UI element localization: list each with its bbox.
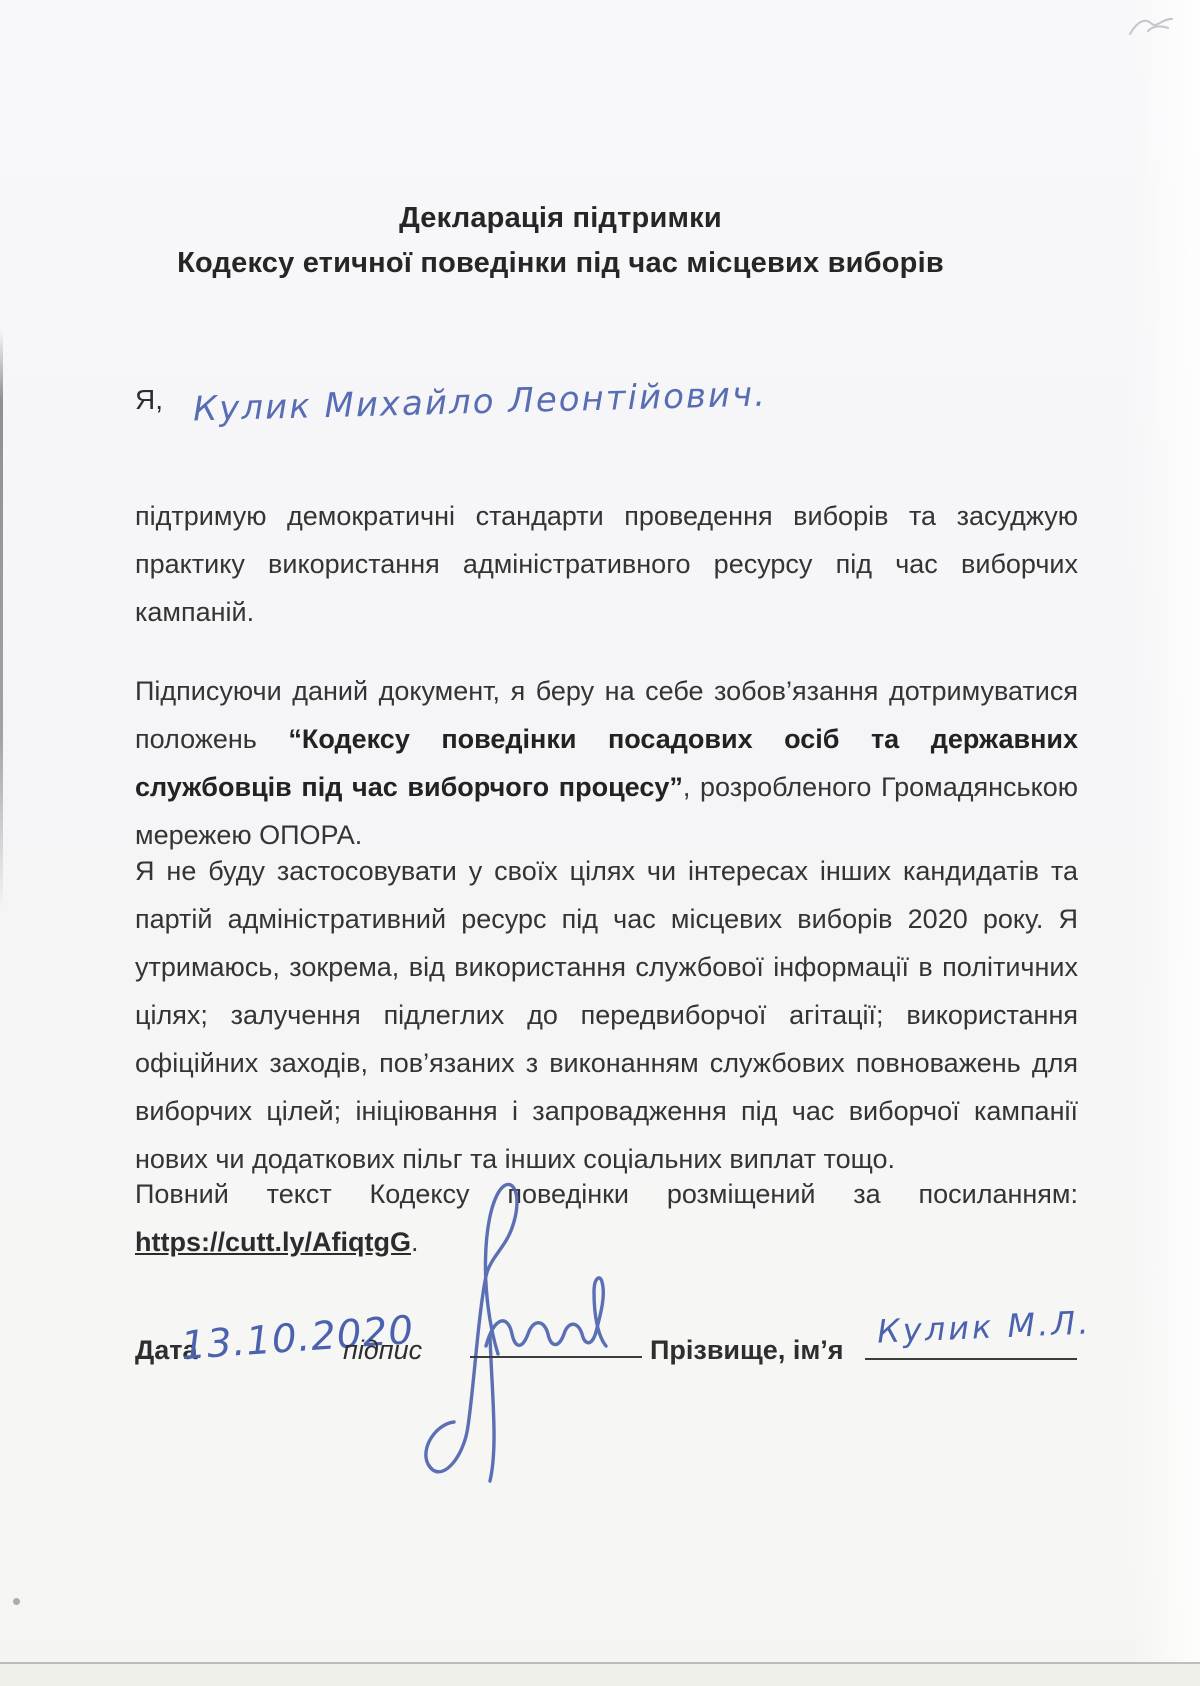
handwritten-name: Кулик Михайло Леонтійович. (193, 374, 768, 429)
code-of-conduct-link[interactable]: https://cutt.ly/AfiqtgG (135, 1227, 411, 1257)
signature-label: підпис (343, 1335, 422, 1366)
scan-bottom-strip (0, 1664, 1200, 1686)
scan-right-edge-glow (1130, 0, 1200, 1686)
scan-speck (13, 1598, 20, 1605)
handwritten-initials: Кулик М.Л. (876, 1303, 1092, 1350)
salutation-prefix: Я, (135, 384, 163, 415)
title-line-2: Кодексу етичної поведінки під час місцев… (135, 241, 986, 286)
paragraph-link-after: . (411, 1227, 419, 1257)
footer-signature-row: Дата 13.10.2020 підпис Прізвище, ім’я Ку… (135, 1322, 1078, 1542)
pencil-mark-icon (1128, 14, 1176, 40)
paragraph-commitment: Підписуючи даний документ, я беру на себ… (135, 667, 1078, 859)
surname-label: Прізвище, ім’я (650, 1335, 844, 1366)
salutation-line: Я,Кулик Михайло Леонтійович. (135, 382, 1078, 422)
title-line-1: Декларація підтримки (135, 196, 986, 241)
scanned-document-page: Декларація підтримки Кодексу етичної пов… (0, 0, 1200, 1686)
signature-underline (470, 1356, 642, 1358)
surname-underline (865, 1358, 1077, 1360)
scan-left-edge-shadow (0, 330, 3, 910)
document-title: Декларація підтримки Кодексу етичної пов… (135, 196, 1078, 286)
paragraph-pledge: Я не буду застосовувати у своїх цілях чи… (135, 847, 1078, 1183)
handwritten-signature (420, 1176, 660, 1506)
paragraph-support: підтримую демократичні стандарти проведе… (135, 492, 1078, 636)
